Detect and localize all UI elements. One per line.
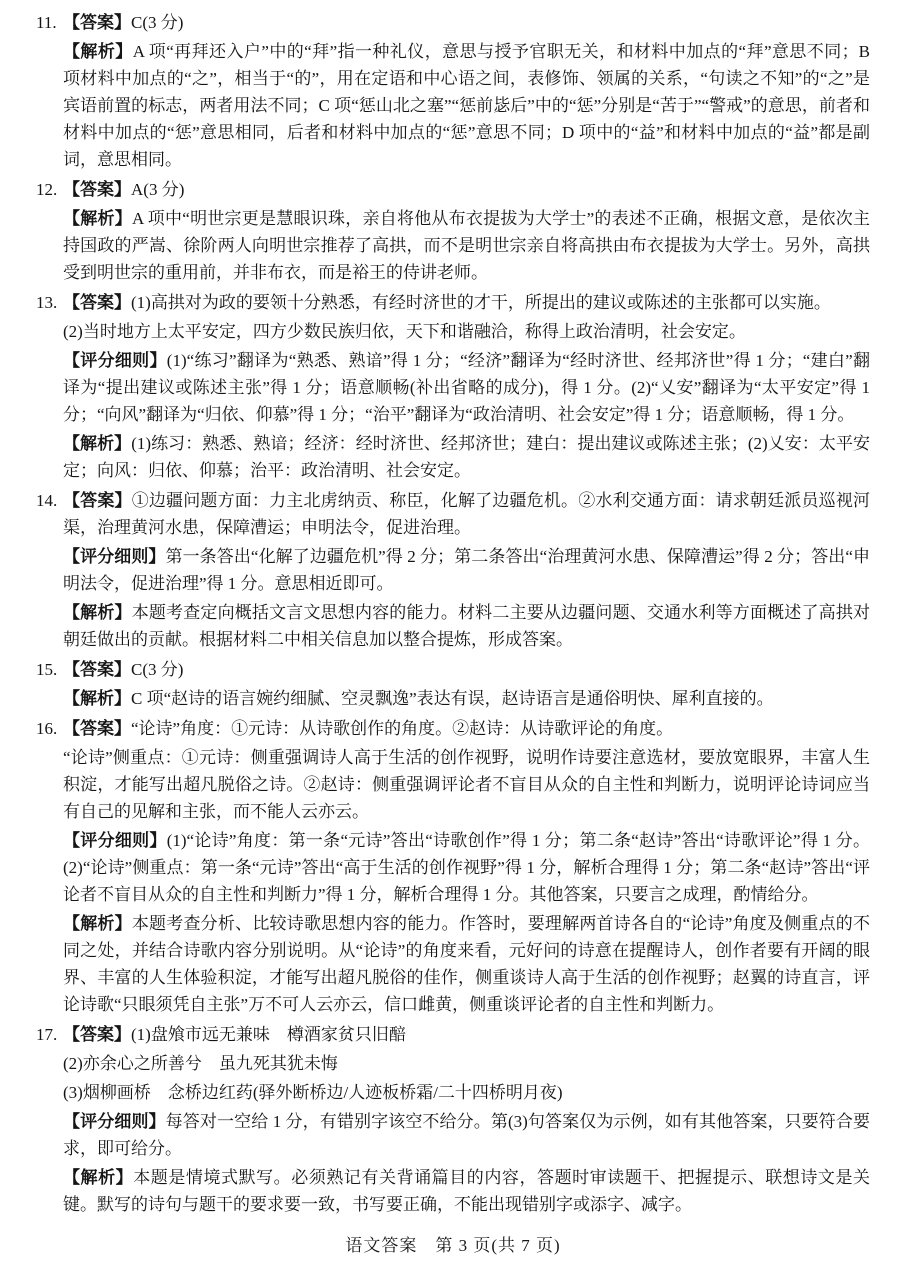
answer-item-17: 17. 【答案】(1)盘飧市远无兼味 樽酒家贫只旧醅 (2)亦余心之所善兮 虽九…: [36, 1021, 870, 1218]
answer-continuation: “论诗”侧重点：①元诗：侧重强调诗人高于生活的创作视野，说明作诗要注意选材，要放…: [63, 744, 870, 825]
question-number: 17.: [36, 1021, 57, 1048]
scoring-text: 每答对一空给 1 分，有错别字该空不给分。第(3)句答案仅为示例，如有其他答案，…: [63, 1112, 870, 1158]
analysis-paragraph: 【解析】C 项“赵诗的语言婉约细腻、空灵飘逸”表达有误，赵诗语言是通俗明快、犀利…: [63, 685, 870, 712]
answer-text: ①边疆问题方面：力主北虏纳贡、称臣，化解了边疆危机。②水利交通方面：请求朝廷派员…: [63, 491, 870, 537]
analysis-text: A 项中“明世宗更是慧眼识珠，亲自将他从布衣提拔为大学士”的表述不正确，根据文意…: [63, 209, 870, 282]
answer-continuation: (3)烟柳画桥 念桥边红药(驿外断桥边/人迹板桥霜/二十四桥明月夜): [63, 1079, 870, 1106]
question-number: 12.: [36, 176, 57, 203]
answer-item-12: 12. 【答案】A(3 分) 【解析】A 项中“明世宗更是慧眼识珠，亲自将他从布…: [36, 176, 870, 286]
scoring-text: (1)“论诗”角度：第一条“元诗”答出“诗歌创作”得 1 分；第二条“赵诗”答出…: [63, 831, 870, 904]
answer-item-15: 15. 【答案】C(3 分) 【解析】C 项“赵诗的语言婉约细腻、空灵飘逸”表达…: [36, 656, 870, 712]
scoring-paragraph: 【评分细则】第一条答出“化解了边疆危机”得 2 分；第二条答出“治理黄河水患、保…: [63, 543, 870, 597]
analysis-label: 【解析】: [63, 1168, 133, 1187]
page-footer: 语文答案 第 3 页(共 7 页): [36, 1232, 870, 1259]
answer-continuation: (2)当时地方上太平安定，四方少数民族归依，天下和谐融洽，称得上政治清明，社会安…: [63, 318, 870, 345]
scoring-paragraph: 【评分细则】(1)“论诗”角度：第一条“元诗”答出“诗歌创作”得 1 分；第二条…: [63, 827, 870, 908]
analysis-label: 【解析】: [63, 603, 132, 622]
answer-label: 【答案】: [63, 293, 131, 312]
answer-label: 【答案】: [63, 719, 131, 738]
scoring-paragraph: 【评分细则】(1)“练习”翻译为“熟悉、熟谙”得 1 分；“经济”翻译为“经时济…: [63, 347, 870, 428]
analysis-paragraph: 【解析】本题考查定向概括文言文思想内容的能力。材料二主要从边疆问题、交通水利等方…: [63, 599, 870, 653]
analysis-label: 【解析】: [63, 209, 132, 228]
answer-text: “论诗”侧重点：①元诗：侧重强调诗人高于生活的创作视野，说明作诗要注意选材，要放…: [63, 748, 870, 821]
answer-item-11: 11. 【答案】C(3 分) 【解析】A 项“再拜还入户”中的“拜”指一种礼仪，…: [36, 9, 870, 173]
scoring-paragraph: 【评分细则】每答对一空给 1 分，有错别字该空不给分。第(3)句答案仅为示例，如…: [63, 1108, 870, 1162]
analysis-label: 【解析】: [63, 42, 133, 61]
answer-continuation: (2)亦余心之所善兮 虽九死其犹未悔: [63, 1050, 870, 1077]
analysis-text: (1)练习：熟悉、熟谙；经济：经时济世、经邦济世；建白：提出建议或陈述主张；(2…: [63, 434, 870, 480]
question-number: 16.: [36, 715, 57, 742]
answer-paragraph: 【答案】(1)高拱对为政的要领十分熟悉，有经时济世的才干，所提出的建议或陈述的主…: [63, 289, 870, 316]
analysis-paragraph: 【解析】A 项“再拜还入户”中的“拜”指一种礼仪，意思与授予官职无关，和材料中加…: [63, 38, 870, 173]
scoring-label: 【评分细则】: [63, 547, 166, 566]
analysis-paragraph: 【解析】(1)练习：熟悉、熟谙；经济：经时济世、经邦济世；建白：提出建议或陈述主…: [63, 430, 870, 484]
answer-paragraph: 【答案】(1)盘飧市远无兼味 樽酒家贫只旧醅: [63, 1021, 870, 1048]
scoring-label: 【评分细则】: [63, 1112, 166, 1131]
answer-text: C(3 分): [131, 13, 183, 32]
answer-text: (3)烟柳画桥 念桥边红药(驿外断桥边/人迹板桥霜/二十四桥明月夜): [63, 1083, 563, 1102]
answer-label: 【答案】: [63, 660, 131, 679]
answer-text: (1)盘飧市远无兼味 樽酒家贫只旧醅: [131, 1025, 406, 1044]
answer-text: (2)亦余心之所善兮 虽九死其犹未悔: [63, 1054, 338, 1073]
answer-label: 【答案】: [63, 491, 132, 510]
question-number: 15.: [36, 656, 57, 683]
scoring-label: 【评分细则】: [63, 831, 167, 850]
analysis-text: 本题是情境式默写。必须熟记有关背诵篇目的内容，答题时审读题干、把握提示、联想诗文…: [63, 1168, 870, 1214]
answer-key-page: 11. 【答案】C(3 分) 【解析】A 项“再拜还入户”中的“拜”指一种礼仪，…: [0, 0, 900, 1272]
analysis-text: C 项“赵诗的语言婉约细腻、空灵飘逸”表达有误，赵诗语言是通俗明快、犀利直接的。: [131, 689, 774, 708]
question-number: 14.: [36, 487, 57, 514]
analysis-paragraph: 【解析】本题考查分析、比较诗歌思想内容的能力。作答时，要理解两首诗各自的“论诗”…: [63, 910, 870, 1018]
answer-paragraph: 【答案】C(3 分): [63, 9, 870, 36]
question-number: 13.: [36, 289, 57, 316]
answer-item-13: 13. 【答案】(1)高拱对为政的要领十分熟悉，有经时济世的才干，所提出的建议或…: [36, 289, 870, 484]
answer-item-14: 14. 【答案】①边疆问题方面：力主北虏纳贡、称臣，化解了边疆危机。②水利交通方…: [36, 487, 870, 653]
answer-items: 11. 【答案】C(3 分) 【解析】A 项“再拜还入户”中的“拜”指一种礼仪，…: [36, 9, 870, 1221]
analysis-text: 本题考查分析、比较诗歌思想内容的能力。作答时，要理解两首诗各自的“论诗”角度及侧…: [63, 914, 870, 1014]
answer-paragraph: 【答案】C(3 分): [63, 656, 870, 683]
answer-label: 【答案】: [63, 13, 131, 32]
scoring-text: 第一条答出“化解了边疆危机”得 2 分；第二条答出“治理黄河水患、保障漕运”得 …: [63, 547, 870, 593]
scoring-text: (1)“练习”翻译为“熟悉、熟谙”得 1 分；“经济”翻译为“经时济世、经邦济世…: [63, 351, 870, 424]
analysis-paragraph: 【解析】本题是情境式默写。必须熟记有关背诵篇目的内容，答题时审读题干、把握提示、…: [63, 1164, 870, 1218]
footer-text: 语文答案 第 3 页(共 7 页): [345, 1236, 560, 1255]
scoring-label: 【评分细则】: [63, 351, 167, 370]
analysis-label: 【解析】: [63, 689, 131, 708]
analysis-label: 【解析】: [63, 434, 131, 453]
answer-label: 【答案】: [63, 180, 131, 199]
answer-paragraph: 【答案】①边疆问题方面：力主北虏纳贡、称臣，化解了边疆危机。②水利交通方面：请求…: [63, 487, 870, 541]
answer-text: (1)高拱对为政的要领十分熟悉，有经时济世的才干，所提出的建议或陈述的主张都可以…: [131, 293, 831, 312]
answer-text: C(3 分): [131, 660, 183, 679]
analysis-paragraph: 【解析】A 项中“明世宗更是慧眼识珠，亲自将他从布衣提拔为大学士”的表述不正确，…: [63, 205, 870, 286]
analysis-text: A 项“再拜还入户”中的“拜”指一种礼仪，意思与授予官职无关，和材料中加点的“拜…: [63, 42, 870, 169]
analysis-label: 【解析】: [63, 914, 132, 933]
answer-label: 【答案】: [63, 1025, 131, 1044]
answer-paragraph: 【答案】A(3 分): [63, 176, 870, 203]
answer-item-16: 16. 【答案】“论诗”角度：①元诗：从诗歌创作的角度。②赵诗：从诗歌评论的角度…: [36, 715, 870, 1018]
answer-paragraph: 【答案】“论诗”角度：①元诗：从诗歌创作的角度。②赵诗：从诗歌评论的角度。: [63, 715, 870, 742]
question-number: 11.: [36, 9, 57, 36]
analysis-text: 本题考查定向概括文言文思想内容的能力。材料二主要从边疆问题、交通水利等方面概述了…: [63, 603, 870, 649]
answer-text: (2)当时地方上太平安定，四方少数民族归依，天下和谐融洽，称得上政治清明，社会安…: [63, 322, 746, 341]
answer-text: A(3 分): [131, 180, 184, 199]
answer-text: “论诗”角度：①元诗：从诗歌创作的角度。②赵诗：从诗歌评论的角度。: [131, 719, 673, 738]
